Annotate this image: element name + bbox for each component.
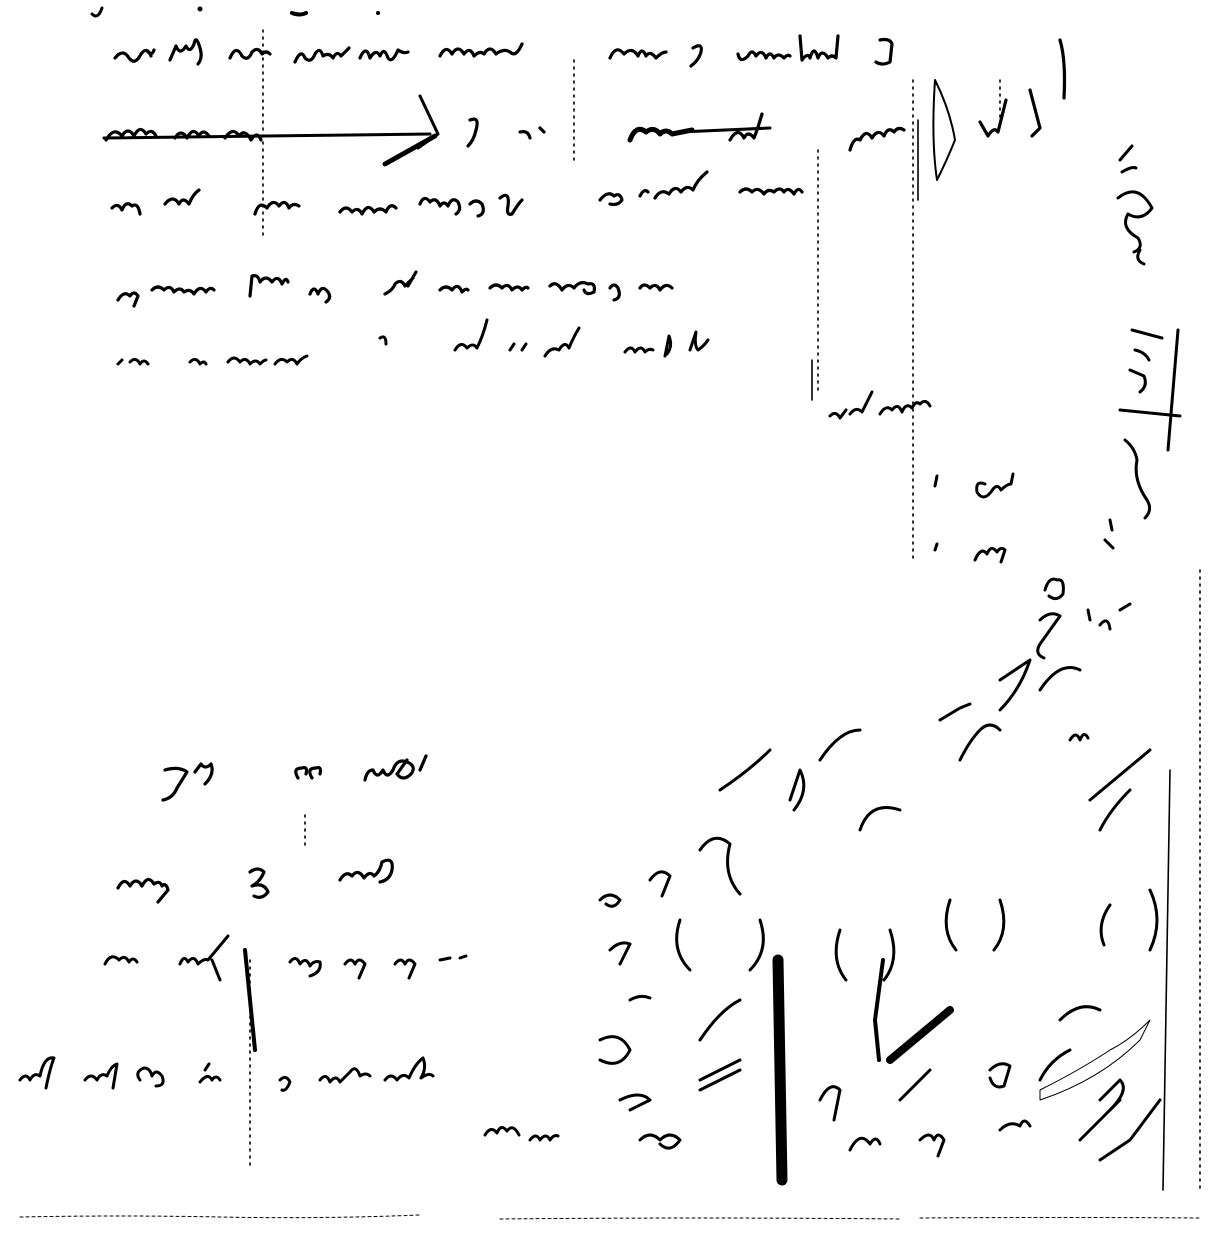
- manuscript-page: [handwritten Hebrew line 1 – illegible] …: [0, 0, 1216, 1241]
- handwriting-strokes: [0, 0, 1216, 1241]
